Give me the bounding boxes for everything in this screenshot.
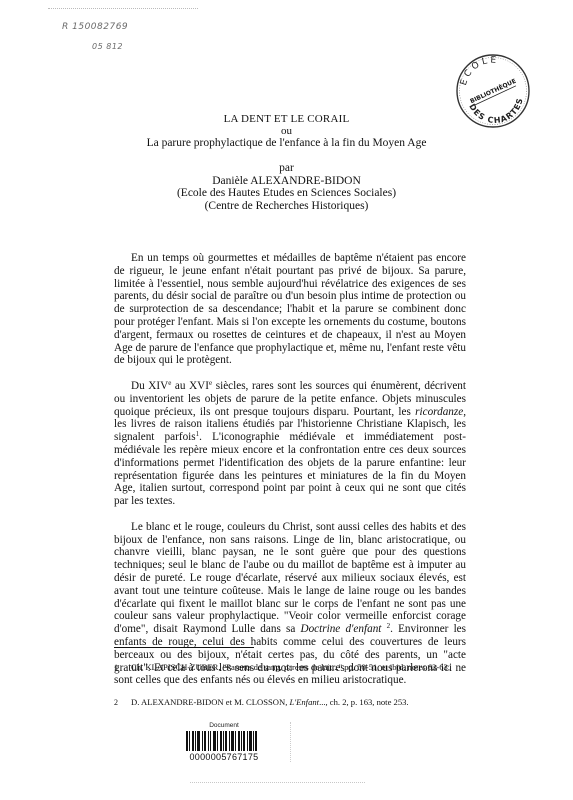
barcode-label: Document xyxy=(184,722,264,730)
stamp-top-text: ECOLE xyxy=(459,56,499,87)
barcode-number: 0000005767175 xyxy=(184,752,264,762)
text-run: Le blanc et le rouge, couleurs du Christ… xyxy=(114,521,466,635)
scan-artifact-line xyxy=(48,8,198,10)
footnote-divider xyxy=(114,647,254,648)
paragraph-2: Du XIVe au XVIe siècles, rares sont les … xyxy=(114,380,466,508)
footnote-text: D. ALEXANDRE-BIDON et M. CLOSSON, xyxy=(131,697,290,707)
scan-artifact-line xyxy=(290,722,292,762)
handwritten-reference: R 150082769 xyxy=(62,22,128,32)
italic-term: ricordanze xyxy=(415,406,463,418)
handwritten-shelfmark: 05 812 xyxy=(92,42,123,51)
author-block: par Danièle ALEXANDRE-BIDON (Ecole des H… xyxy=(0,162,573,212)
article-subtitle: La parure prophylactique de l'enfance à … xyxy=(0,137,573,150)
author-affiliation-2: (Centre de Recherches Historiques) xyxy=(0,200,573,213)
paragraph-1: En un temps où gourmettes et médailles d… xyxy=(114,252,466,367)
footnote-italic-title: L'Enfant xyxy=(290,697,320,707)
title-conjunction: ou xyxy=(0,126,573,137)
footnote-1: 1Ch. KLAPISCH-ZUBER, "Parents de sang, p… xyxy=(114,662,466,673)
stamp-center-text: BIBLIOTHÈQUE xyxy=(469,77,518,105)
footnote-2: 2D. ALEXANDRE-BIDON et M. CLOSSON, L'Enf… xyxy=(114,697,466,708)
text-run: au XVI xyxy=(171,380,209,392)
italic-title: Doctrine d'enfant xyxy=(301,623,382,635)
svg-text:ECOLE: ECOLE xyxy=(459,56,499,87)
author-name: Danièle ALEXANDRE-BIDON xyxy=(0,175,573,188)
byline-par: par xyxy=(0,162,573,175)
title-block: LA DENT ET LE CORAIL ou La parure prophy… xyxy=(0,113,573,150)
footnote-text: Ch. KLAPISCH-ZUBER, "Parents de sang, pa… xyxy=(131,662,450,672)
text-run: Du XIV xyxy=(131,380,168,392)
footnote-number: 1 xyxy=(114,662,131,673)
scan-artifact-line xyxy=(190,782,365,783)
article-body: En un temps où gourmettes et médailles d… xyxy=(114,252,466,700)
footnote-text: ..., ch. 2, p. 163, note 253. xyxy=(319,697,409,707)
barcode-bars-icon xyxy=(186,731,264,751)
author-affiliation-1: (Ecole des Hautes Etudes en Sciences Soc… xyxy=(0,187,573,200)
footnote-number: 2 xyxy=(114,697,131,708)
document-barcode: Document 0000005767175 xyxy=(184,722,264,762)
